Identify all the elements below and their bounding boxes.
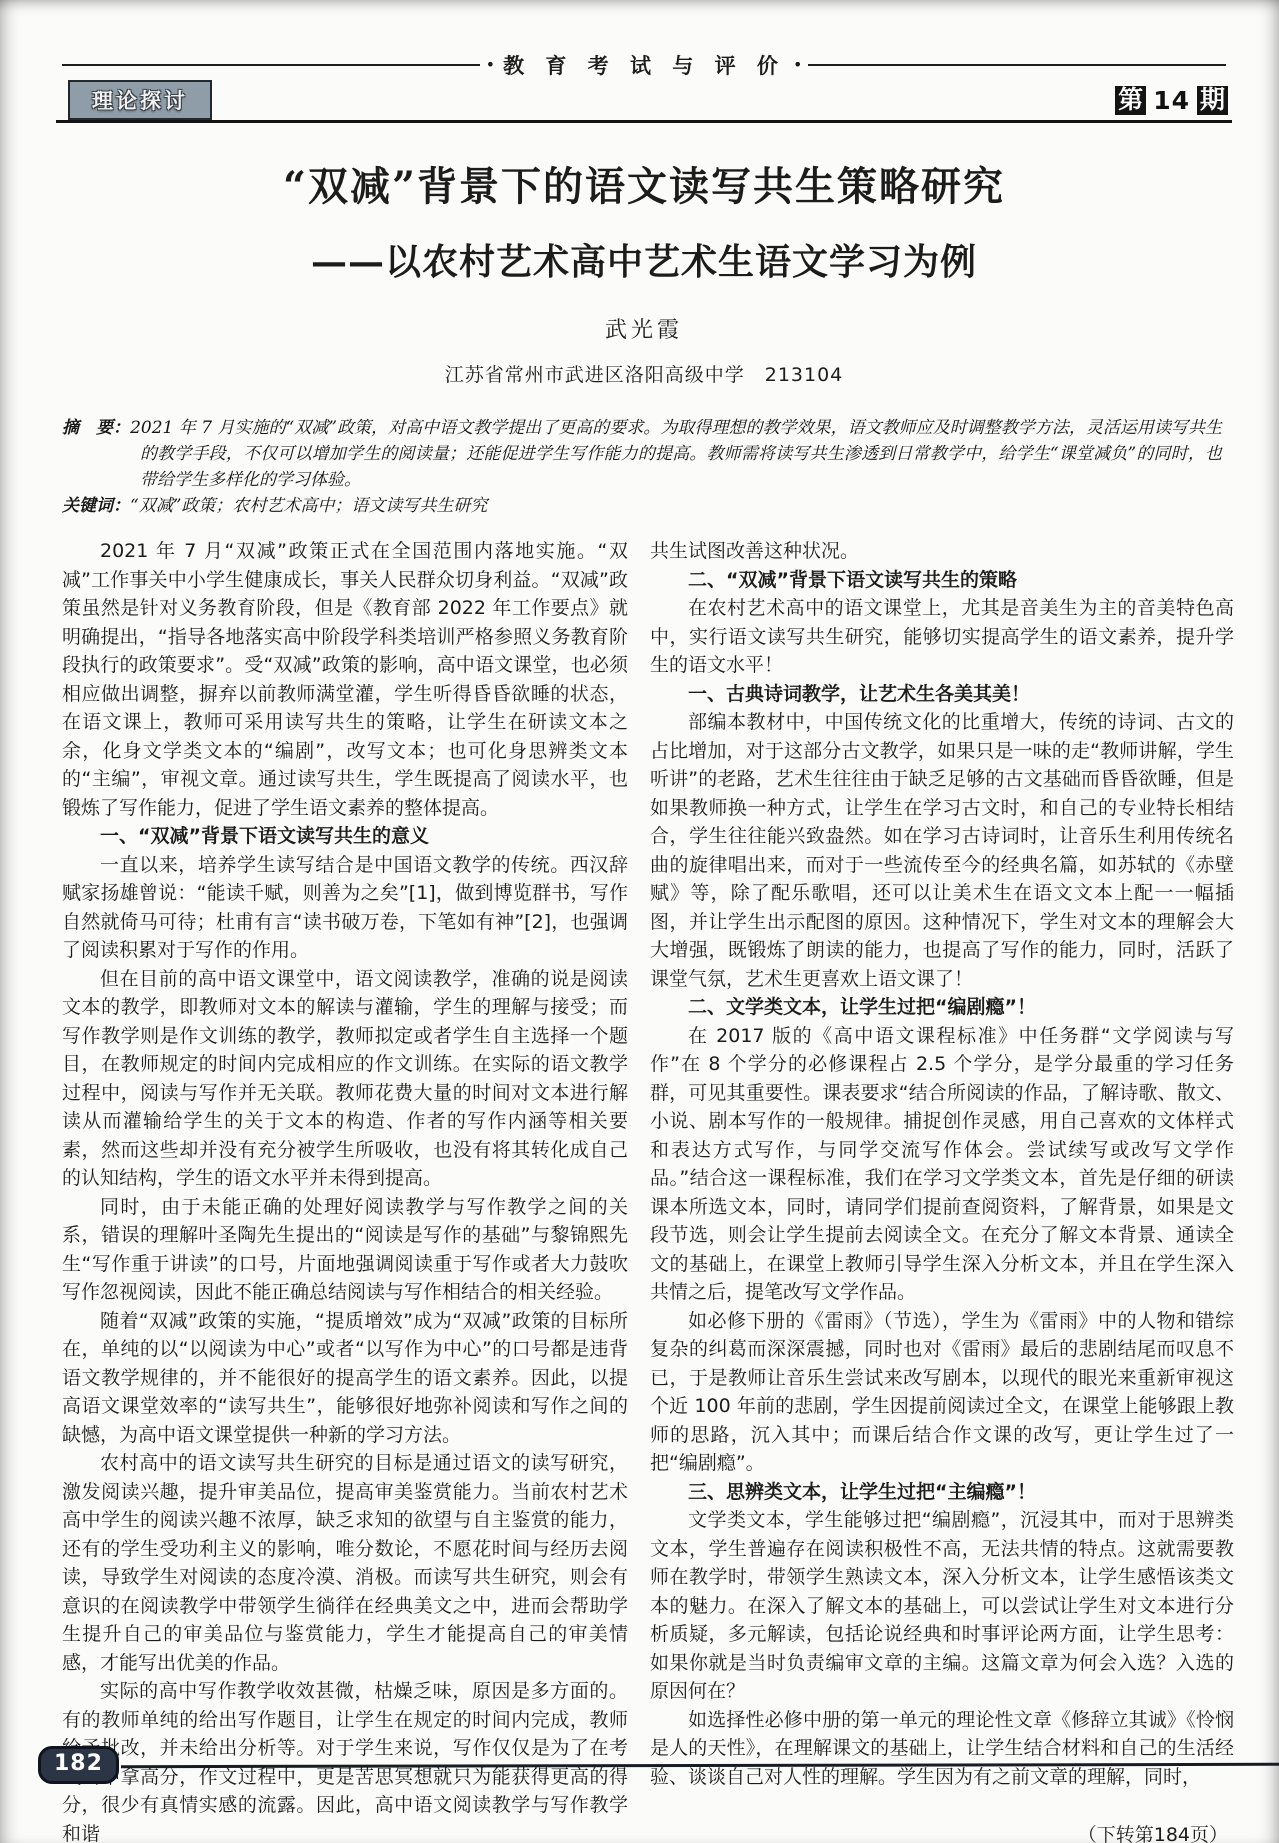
paragraph: 在农村艺术高中的语文课堂上，尤其是音美生为主的音美特色高中，实行语文读写共生研究… [650,594,1234,680]
decorative-dot-left: • [486,57,495,73]
abstract-paragraph: 摘 要：2021 年 7 月实施的“双减”政策，对高中语文教学提出了更高的要求。… [62,415,1222,493]
column-badge: 理论探讨 [68,80,212,120]
paragraph: 部编本教材中，中国传统文化的比重增大，传统的诗词、古文的占比增加，对于这部分古文… [650,708,1234,993]
section-heading: 一、“双减”背景下语文读写共生的意义 [62,822,628,851]
paragraph: 在 2017 版的《高中语文课程标准》中任务群“文学阅读与写作”在 8 个学分的… [650,1022,1234,1307]
paragraph: 共生试图改善这种状况。 [650,537,1234,566]
author-affiliation: 江苏省常州市武进区洛阳高级中学 213104 [56,360,1232,387]
section-heading: 二、“双减”背景下语文读写共生的策略 [650,566,1234,595]
paragraph: 但在目前的高中语文课堂中，语文阅读教学，准确的说是阅读文本的教学，即教师对文本的… [62,965,628,1193]
abstract-label: 摘 要： [62,418,130,438]
page-content: • 教 育 考 试 与 评 价 • 理论探讨 第 14 期 “双减”背景下的语文… [0,0,1279,1843]
section-heading: 一、古典诗词教学，让艺术生各美其美！ [650,680,1234,709]
section-heading: 二、文学类文本，让学生过把“编剧瘾”！ [650,993,1234,1022]
article-title: “双减”背景下的语文读写共生策略研究 [56,155,1232,212]
issue-prefix: 第 [1115,86,1146,115]
right-column: 共生试图改善这种状况。 二、“双减”背景下语文读写共生的策略 在农村艺术高中的语… [650,537,1234,1843]
paragraph: 农村高中的语文读写共生研究的目标是通过语文的读写研究，激发阅读兴趣，提升审美品位… [62,1449,628,1677]
header-rule-right [808,64,1226,66]
issue-number: 14 [1153,86,1190,115]
keywords-label: 关键词： [62,496,130,516]
left-column: 2021 年 7 月“双减”政策正式在全国范围内落地实施。“双减”工作事关中小学… [62,537,628,1843]
paragraph: 一直以来，培养学生读写结合是中国语文教学的传统。西汉辞赋家扬雄曾说：“能读千赋，… [62,851,628,965]
article-subtitle: ——以农村艺术高中艺术生语文学习为例 [56,234,1232,285]
section-heading: 三、思辨类文本，让学生过把“主编瘾”！ [650,1478,1234,1507]
keywords-paragraph: 关键词：“双减”政策；农村艺术高中；语文读写共生研究 [62,493,1222,519]
scanned-journal-page: • 教 育 考 试 与 评 价 • 理论探讨 第 14 期 “双减”背景下的语文… [0,0,1279,1843]
journal-name: 教 育 考 试 与 评 价 [501,50,787,80]
paragraph: 如必修下册的《雷雨》（节选），学生为《雷雨》中的人物和错综复杂的纠葛而深深震撼，… [650,1307,1234,1478]
page-footer: 182 [0,1746,1279,1784]
decorative-dot-right: • [793,57,802,73]
paragraph: 2021 年 7 月“双减”政策正式在全国范围内落地实施。“双减”工作事关中小学… [62,537,628,822]
journal-header: • 教 育 考 试 与 评 价 • [62,50,1226,80]
paragraph: 文学类文本，学生能够过把“编剧瘾”，沉浸其中，而对于思辨类文本，学生普遍存在阅读… [650,1506,1234,1706]
abstract-block: 摘 要：2021 年 7 月实施的“双减”政策，对高中语文教学提出了更高的要求。… [62,415,1222,519]
continuation-note: （下转第184页） [650,1821,1234,1843]
page-number-badge: 182 [38,1746,119,1784]
header-rule-left [62,64,480,66]
paragraph: 同时，由于未能正确的处理好阅读教学与写作教学之间的关系，错误的理解叶圣陶先生提出… [62,1193,628,1307]
title-block: “双减”背景下的语文读写共生策略研究 ——以农村艺术高中艺术生语文学习为例 武光… [56,155,1232,387]
header-band: 理论探讨 第 14 期 [56,78,1232,123]
footer-rule [121,1762,1279,1767]
author-name: 武光霞 [56,313,1232,344]
issue-label: 第 14 期 [1115,86,1228,115]
paragraph: 随着“双减”政策的实施，“提质增效”成为“双减”政策的目标所在，单纯的以“以阅读… [62,1307,628,1450]
issue-suffix: 期 [1197,86,1228,115]
body-columns: 2021 年 7 月“双减”政策正式在全国范围内落地实施。“双减”工作事关中小学… [62,537,1232,1843]
abstract-text: 2021 年 7 月实施的“双减”政策，对高中语文教学提出了更高的要求。为取得理… [130,418,1222,490]
keywords-text: “双减”政策；农村艺术高中；语文读写共生研究 [130,496,487,516]
